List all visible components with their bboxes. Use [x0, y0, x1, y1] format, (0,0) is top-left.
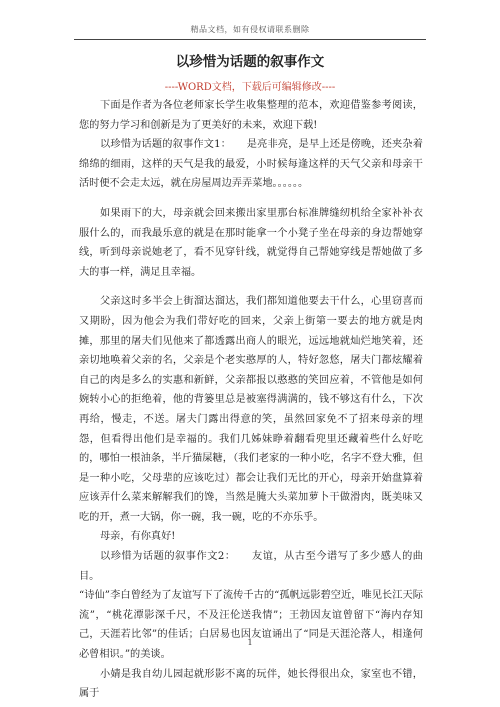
paragraph-essay2-opening: 以珍惜为话题的叙事作文2： 友谊，从古至今谱写了多少感人的曲目。	[79, 547, 423, 586]
document-subtitle: ----WORD文档，下载后可编辑修改----	[0, 78, 500, 93]
document-title: 以珍惜为话题的叙事作文	[0, 50, 500, 70]
paragraph-father-market: 父亲这时多半会上街溜达溜达，我们都知道他要去干什么，心里窃喜而又期盼，因为他会为…	[79, 292, 423, 527]
paragraph-rain-sewing: 如果雨下的大，母亲就会回来搬出家里那台标准牌缝纫机给全家补补衣服什么的，而我最乐…	[79, 204, 423, 282]
paragraph-xiaojing: 小婧是我自幼儿园起就形影不离的玩伴，她长得很出众，家室也不错，属于	[79, 665, 423, 704]
page-number: 1	[0, 638, 500, 647]
page-header-watermark: 精品文档，如有侵权请联系删除	[74, 24, 426, 40]
paragraph-mother-praise: 母亲，有你真好!	[79, 527, 423, 547]
paragraph-friendship-poems: “诗仙”李白曾经为了友谊写下了流传千古的“孤帆远影碧空近，唯见长江天际流”，“桃…	[79, 586, 423, 664]
document-body: 下面是作者为各位老师家长学生收集整理的范本，欢迎借鉴参考阅读，您的努力学习和创新…	[79, 96, 423, 704]
paragraph-essay1-opening: 以珍惜为话题的叙事作文1： 是亮非亮，是早上还是傍晚，还夹杂着绵绵的细雨，这样的…	[79, 135, 423, 194]
paragraph-intro: 下面是作者为各位老师家长学生收集整理的范本，欢迎借鉴参考阅读，您的努力学习和创新…	[79, 96, 423, 135]
